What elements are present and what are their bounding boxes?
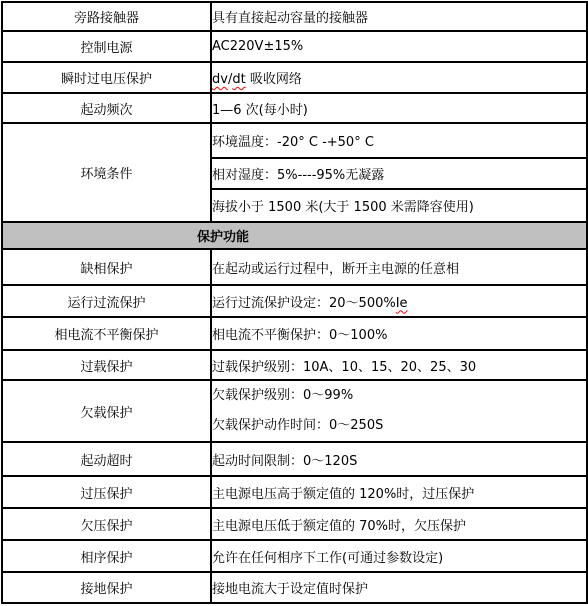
- row-value-undervoltage: 主电源电压低于额定值的 70%时，欠压保护: [211, 508, 587, 540]
- row-label-ground-fault: 接地保护: [2, 572, 211, 603]
- row-label-overload: 过载保护: [2, 350, 211, 380]
- row-label-phase-sequence: 相序保护: [2, 540, 211, 572]
- table-row: 起动频次 1—6 次(每小时): [2, 93, 587, 123]
- table-row: 过载保护 过载保护级别：10A、10、15、20、25、30: [2, 350, 587, 380]
- row-label-running-overcurrent: 运行过流保护: [2, 285, 211, 317]
- row-value-start-frequency: 1—6 次(每小时): [211, 93, 587, 123]
- row-value-running-overcurrent: 运行过流保护设定：20～500%Ie: [211, 285, 587, 317]
- row-value-transient-overvoltage: dv/dt 吸收网络: [211, 62, 587, 93]
- row-value-phase-imbalance: 相电流不平衡保护：0～100%: [211, 317, 587, 350]
- plain-text: 吸收网络: [246, 72, 302, 87]
- row-value-phase-sequence: 允许在任何相序下工作(可通过参数设定): [211, 540, 587, 572]
- row-label-phase-imbalance: 相电流不平衡保护: [2, 317, 211, 350]
- row-value-env-humidity: 相对湿度：5%----95%无凝露: [211, 158, 587, 189]
- table-row: 欠载保护 欠载保护级别：0～99% 欠载保护动作时间：0～250S: [2, 380, 587, 442]
- row-value-bypass-contactor: 具有直接起动容量的接触器: [211, 2, 587, 31]
- table-row: 过压保护 主电源电压高于额定值的 120%时，过压保护: [2, 476, 587, 508]
- table-row: 相序保护 允许在任何相序下工作(可通过参数设定): [2, 540, 587, 572]
- row-value-ground-fault: 接地电流大于设定值时保护: [211, 572, 587, 603]
- row-value-overvoltage: 主电源电压高于额定值的 120%时，过压保护: [211, 476, 587, 508]
- row-value-underload: 欠载保护级别：0～99% 欠载保护动作时间：0～250S: [211, 380, 587, 442]
- row-label-start-frequency: 起动频次: [2, 93, 211, 123]
- row-label-transient-overvoltage: 瞬时过电压保护: [2, 62, 211, 93]
- row-label-start-timeout: 起动超时: [2, 442, 211, 476]
- section-header-protection: 保护功能: [2, 222, 587, 249]
- table-row: 环境条件 环境温度：-20° C -+50° C: [2, 123, 587, 158]
- spellcheck-word: Ie: [396, 296, 408, 311]
- page: 旁路接触器 具有直接起动容量的接触器 控制电源 AC220V±15% 瞬时过电压…: [0, 0, 588, 606]
- table-row: 接地保护 接地电流大于设定值时保护: [2, 572, 587, 603]
- row-value-env-altitude: 海拔小于 1500 米(大于 1500 米需降容使用): [211, 189, 587, 222]
- spec-table: 旁路接触器 具有直接起动容量的接触器 控制电源 AC220V±15% 瞬时过电压…: [1, 1, 588, 604]
- section-header-row: 保护功能: [2, 222, 587, 249]
- row-label-environment: 环境条件: [2, 123, 211, 222]
- row-value-phase-loss: 在起动或运行过程中，断开主电源的任意相: [211, 249, 587, 285]
- row-label-phase-loss: 缺相保护: [2, 249, 211, 285]
- row-label-overvoltage: 过压保护: [2, 476, 211, 508]
- row-value-control-power: AC220V±15%: [211, 31, 587, 62]
- table-row: 运行过流保护 运行过流保护设定：20～500%Ie: [2, 285, 587, 317]
- table-row: 起动超时 起动时间限制：0～120S: [2, 442, 587, 476]
- table-row: 旁路接触器 具有直接起动容量的接触器: [2, 2, 587, 31]
- row-value-env-temperature: 环境温度：-20° C -+50° C: [211, 123, 587, 158]
- underload-level-line: 欠载保护级别：0～99%: [212, 381, 586, 411]
- table-row: 相电流不平衡保护 相电流不平衡保护：0～100%: [2, 317, 587, 350]
- table-row: 控制电源 AC220V±15%: [2, 31, 587, 62]
- spellcheck-word: dt: [232, 72, 245, 87]
- spellcheck-word: dv: [212, 72, 228, 87]
- row-label-underload: 欠载保护: [2, 380, 211, 442]
- table-row: 瞬时过电压保护 dv/dt 吸收网络: [2, 62, 587, 93]
- table-row: 欠压保护 主电源电压低于额定值的 70%时，欠压保护: [2, 508, 587, 540]
- row-value-overload: 过载保护级别：10A、10、15、20、25、30: [211, 350, 587, 380]
- plain-text: 运行过流保护设定：20～500%: [212, 296, 396, 311]
- table-row: 缺相保护 在起动或运行过程中，断开主电源的任意相: [2, 249, 587, 285]
- row-label-control-power: 控制电源: [2, 31, 211, 62]
- row-value-start-timeout: 起动时间限制：0～120S: [211, 442, 587, 476]
- underload-time-line: 欠载保护动作时间：0～250S: [212, 411, 586, 441]
- row-label-bypass-contactor: 旁路接触器: [2, 2, 211, 31]
- row-label-undervoltage: 欠压保护: [2, 508, 211, 540]
